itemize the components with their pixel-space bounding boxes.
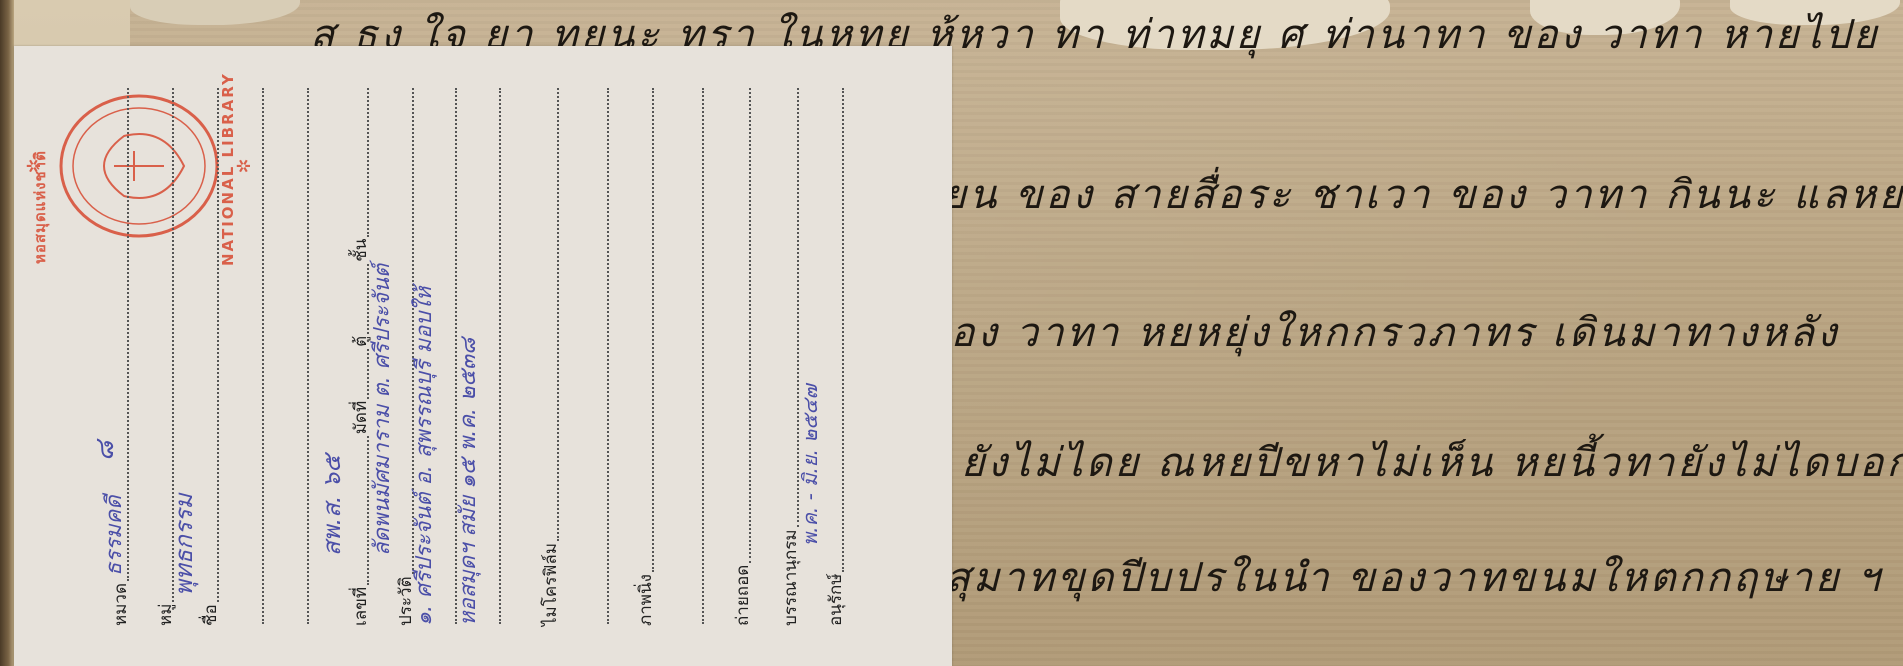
binding-edge [0, 0, 14, 666]
field-blank [679, 86, 709, 626]
field-label: เลขที่ [347, 587, 374, 626]
handwritten-value: หอสมุดฯ สมัย ๑๕ พ.ค. ๒๕๓๘ [450, 338, 485, 626]
field-label: หมู่ [152, 604, 179, 626]
field-transcription: ถ่ายถอด [726, 86, 756, 626]
handwritten-value: สพ.ส. ๖๕ [312, 455, 351, 556]
catalogue-card: ✲ ✲ หอสมุดแห่งชาติ NATIONAL LIBRARY หมวด… [14, 46, 952, 666]
handwritten-value: ลัดพนมัศมาราม ต. ศรีประจันต์ [364, 264, 399, 556]
handwritten-value: พ.ค. - มิ.ย. ๒๕๔๗ [794, 384, 826, 546]
dotted-line [749, 88, 751, 563]
seal-thai-text: หอสมุดแห่งชาติ [28, 150, 52, 264]
field-label: ถ่ายถอด [729, 565, 756, 626]
handwritten-note: ๘ [84, 441, 125, 461]
dotted-line [499, 88, 501, 624]
paper-tear [130, 0, 300, 25]
field-blank [239, 86, 269, 626]
field-microfilm: ไมโครฟิล์ม [534, 86, 564, 626]
dotted-line [307, 88, 309, 624]
handwritten-value: ธรรมคดี [96, 495, 131, 576]
manuscript-line-5: าสุมาทขุดปีบปรในนำ ของวาทขนมใหตกกฤษาย ฯ [920, 545, 1883, 609]
handwritten-value: ๑. ศรีประจันต์ อ. สุพรรณบุรี มอบให้ [406, 287, 441, 626]
field-label: ไมโครฟิล์ม [537, 543, 564, 626]
dotted-line [702, 88, 704, 624]
field-blank [584, 86, 614, 626]
handwritten-value: พุทธกรรม [164, 494, 203, 596]
card-rotated-content: ✲ ✲ หอสมุดแห่งชาติ NATIONAL LIBRARY หมวด… [14, 46, 952, 666]
field-blank [284, 86, 314, 626]
dotted-line [217, 88, 219, 602]
field-label: ชั้น [347, 239, 374, 262]
dotted-line [842, 88, 844, 572]
dotted-line [367, 88, 369, 237]
field-label: ภาพนิ่ง [632, 574, 659, 626]
manuscript-line-2: ใยน ของ สายสื่อระ ชาเวา ของ วาทา กินนะ แ… [920, 162, 1903, 226]
manuscript-line-3: ของ วาทา หยหยุ่งใหกกรวภาทร เดินมาทางหลัง [920, 300, 1839, 364]
manuscript-line-4: า ยังไม่ไดย ณหยปีขหาไม่เห็น หยนี้วทายังไ… [920, 430, 1903, 494]
dotted-line [607, 88, 609, 624]
field-label: หมวด [107, 583, 134, 626]
field-label: ชื่อ [197, 604, 224, 626]
dotted-line [262, 88, 264, 624]
field-still-image: ภาพนิ่ง [629, 86, 659, 626]
field-label: อนุรักษ์ [822, 574, 849, 626]
dotted-line [557, 88, 559, 541]
dotted-line [652, 88, 654, 572]
